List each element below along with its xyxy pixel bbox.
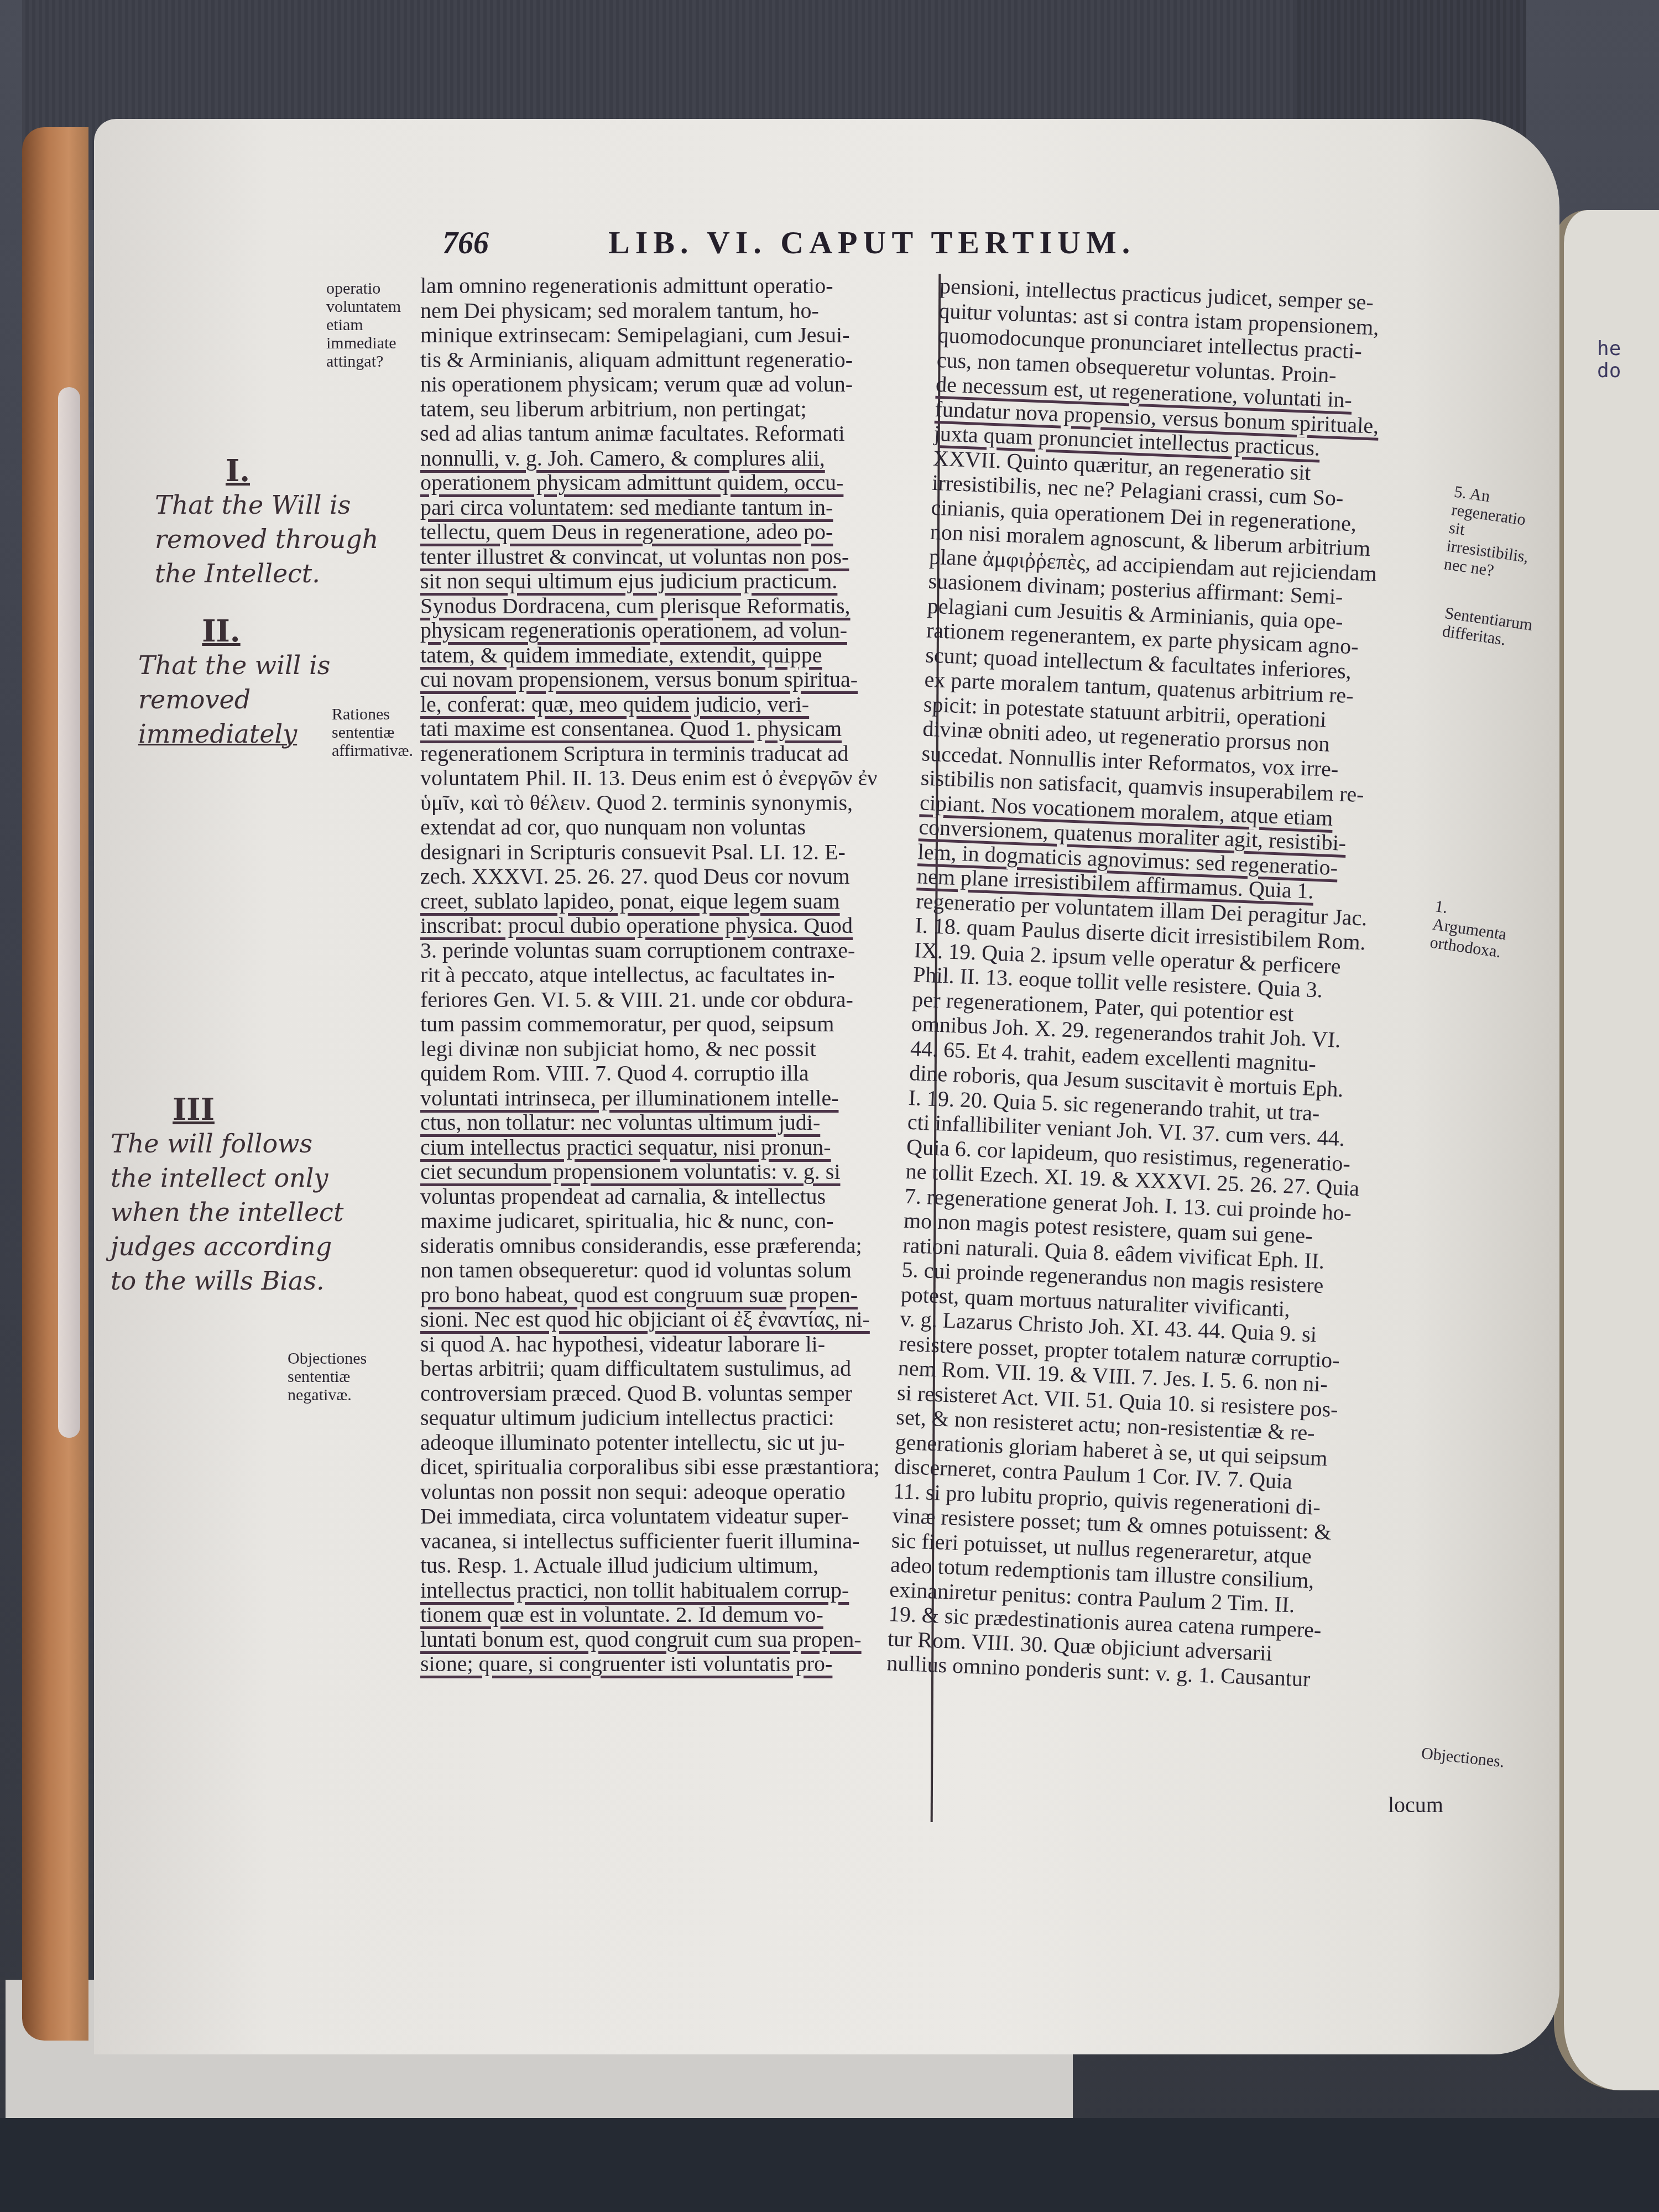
text-line: inscribat: procul dubio operatione physi… — [420, 914, 935, 938]
chapter-title: LIB. VI. CAPUT TERTIUM. — [608, 224, 1135, 261]
text-line: vacanea, si intellectus sufficienter fue… — [420, 1529, 935, 1554]
text-line: pari circa voluntatem: sed mediante tant… — [420, 495, 935, 520]
text-line: sideratis omnibus considerandis, esse pr… — [420, 1234, 935, 1259]
facing-page-edge: he do — [1554, 210, 1659, 2090]
text-line: Synodus Dordracena, cum plerisque Reform… — [420, 594, 935, 619]
text-line: regenerationem Scriptura in terminis tra… — [420, 742, 935, 766]
text-line: sit non sequi ultimum ejus judicium prac… — [420, 569, 935, 594]
text-line: voluntati intrinseca, per illuminationem… — [420, 1086, 935, 1111]
side-note-objectiones: Objectiones sententiæ negativæ. — [288, 1349, 365, 1404]
text-line: operationem physicam admittunt quidem, o… — [420, 471, 935, 495]
text-line: sioni. Nec est quod hic objiciant οἱ ἐξ … — [420, 1307, 935, 1332]
text-line: legi divinæ non subjiciat homo, & nec po… — [420, 1037, 935, 1062]
text-line: tellectu, quem Deus in regeneratione, ad… — [420, 520, 935, 545]
running-head: 766 LIB. VI. CAPUT TERTIUM. — [442, 224, 1250, 261]
text-line: cui novam propensionem, versus bonum spi… — [420, 667, 935, 692]
text-line: Dei immediata, circa voluntatem videatur… — [420, 1504, 935, 1529]
handwritten-note-2: II. That the will is removed immediately — [138, 614, 382, 751]
handwritten-note-3: III The will follows the intellect only … — [111, 1092, 365, 1298]
text-line: maxime judicaret, spiritualia, hic & nun… — [420, 1209, 935, 1234]
text-line: si quod A. hac hypothesi, videatur labor… — [420, 1332, 935, 1357]
text-line: designari in Scripturis consuevit Psal. … — [420, 840, 935, 865]
text-line: feriores Gen. VI. 5. & VIII. 21. unde co… — [420, 988, 935, 1013]
text-line: tati maxime est consentanea. Quod 1. phy… — [420, 717, 935, 742]
text-line: voluntas propendeat ad carnalia, & intel… — [420, 1185, 935, 1209]
text-line: quidem Rom. VIII. 7. Quod 4. corruptio i… — [420, 1061, 935, 1086]
text-column-right: pensioni, intellectus practicus judicet,… — [886, 274, 1465, 1695]
text-line: extendat ad cor, quo nunquam non volunta… — [420, 815, 935, 840]
text-line: cium intellectus practici sequatur, nisi… — [420, 1135, 935, 1160]
text-line: voluntatem Phil. II. 13. Deus enim est ὁ… — [420, 766, 935, 791]
text-line: lam omnino regenerationis admittunt oper… — [420, 274, 935, 299]
catchword: locum — [1388, 1792, 1443, 1818]
text-line: ctus, non tollatur: nec voluntas ultimum… — [420, 1110, 935, 1135]
text-line: tum passim commemoratur, per quod, seips… — [420, 1012, 935, 1037]
text-line: nonnulli, v. g. Joh. Camero, & complures… — [420, 446, 935, 471]
text-line: zech. XXXVI. 25. 26. 27. quod Deus cor n… — [420, 864, 935, 889]
text-line: intellectus practici, non tollit habitua… — [420, 1578, 935, 1603]
text-line: dicet, spiritualia corporalibus sibi ess… — [420, 1455, 935, 1480]
text-line: creet, sublato lapideo, ponat, eique leg… — [420, 889, 935, 914]
text-line: physicam regenerationis operationem, ad … — [420, 618, 935, 643]
side-note-operatio: operatio voluntatem etiam immediate atti… — [326, 279, 409, 371]
note-numeral: I. — [155, 453, 321, 488]
text-line: tionem quæ est in voluntate. 2. Id demum… — [420, 1603, 935, 1627]
handwritten-note-1: I. That the Will is removed through the … — [155, 453, 398, 591]
text-line: minique extrinsecam: Semipelagiani, cum … — [420, 323, 935, 348]
text-line: tis & Arminianis, aliquam admittunt rege… — [420, 348, 935, 373]
text-line: voluntas non possit non sequi: adeoque o… — [420, 1480, 935, 1505]
text-line: sione; quare, si congruenter isti volunt… — [420, 1652, 935, 1677]
ribbon-bookmark[interactable] — [58, 387, 80, 1438]
text-line: bertas arbitrii; quam difficultatem sust… — [420, 1357, 935, 1381]
text-line: controversiam præced. Quod B. voluntas s… — [420, 1381, 935, 1406]
text-line: tatem, seu liberum arbitrium, non pertin… — [420, 397, 935, 422]
text-line: non tamen obsequeretur: quod id voluntas… — [420, 1258, 935, 1283]
text-line: tatem, & quidem immediate, extendit, qui… — [420, 643, 935, 668]
text-column-left: lam omnino regenerationis admittunt oper… — [420, 274, 935, 1677]
note-numeral: III — [111, 1092, 276, 1126]
text-line: rit à peccato, atque intellectus, ac fac… — [420, 963, 935, 988]
facing-page-fragment: do — [1597, 359, 1621, 382]
text-line: ὑμῖν, καὶ τὸ θέλειν. Quod 2. terminis sy… — [420, 791, 935, 816]
text-line: 3. perinde voluntas suam corruptionem co… — [420, 938, 935, 963]
text-line: nis operationem physicam; verum quæ ad v… — [420, 372, 935, 397]
text-line: nem Dei physicam; sed moralem tantum, ho… — [420, 299, 935, 324]
text-line: tenter illustret & convincat, ut volunta… — [420, 545, 935, 570]
text-line: adeoque illuminato potenter intellectu, … — [420, 1431, 935, 1455]
note-numeral: II. — [138, 614, 304, 648]
text-line: pro bono habeat, quod est congruum suæ p… — [420, 1283, 935, 1308]
text-line: sequatur ultimum judicium intellectus pr… — [420, 1406, 935, 1431]
text-line: luntati bonum est, quod congruit cum sua… — [420, 1627, 935, 1652]
text-line: sed ad alias tantum animæ facultates. Re… — [420, 421, 935, 446]
table-surface — [0, 2118, 1659, 2212]
page-number: 766 — [442, 226, 608, 261]
text-line: le, conferat: quæ, meo quidem judicio, v… — [420, 692, 935, 717]
text-line: tus. Resp. 1. Actuale illud judicium ult… — [420, 1553, 935, 1578]
text-line: ciet secundum propensionem voluntatis: v… — [420, 1160, 935, 1185]
facing-page-fragment: he — [1597, 337, 1621, 360]
